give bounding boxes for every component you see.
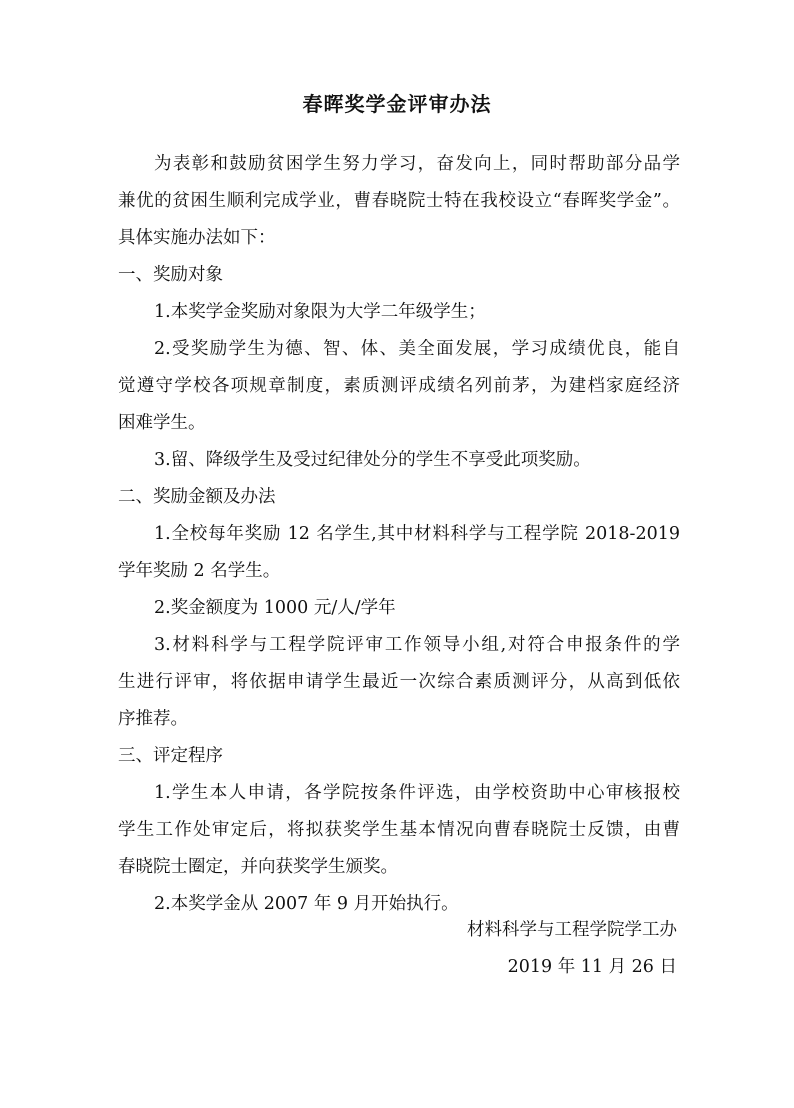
intro-line: 兼优的贫困生顺利完成学业，曹春晓院士特在我校设立“春晖奖学金”。 <box>118 183 680 220</box>
section-3-item-1-cont: 春晓院士圈定，并向获奖学生颁奖。 <box>118 849 680 886</box>
section-3-item-1: 1.学生本人申请，各学院按条件评选，由学校资助中心审核报校 <box>118 775 680 812</box>
section-2-item-3: 3.材料科学与工程学院评审工作领导小组,对符合申报条件的学 <box>118 627 680 664</box>
section-2-item-2: 2.奖金额度为 1000 元/人/学年 <box>118 590 680 627</box>
section-heading-2: 二、奖励金额及办法 <box>118 479 680 516</box>
document-title: 春晖奖学金评审办法 <box>0 88 794 117</box>
intro-line: 具体实施办法如下： <box>118 220 680 257</box>
intro-line: 为表彰和鼓励贫困学生努力学习，奋发向上，同时帮助部分品学 <box>118 146 680 183</box>
section-1-item-2-cont: 困难学生。 <box>118 405 680 442</box>
signature-office: 材料科学与工程学院学工办 <box>467 916 677 941</box>
section-2-item-1-cont: 学年奖励 2 名学生。 <box>118 553 680 590</box>
section-heading-1: 一、奖励对象 <box>118 257 680 294</box>
section-2-item-3-cont: 生进行评审，将依据申请学生最近一次综合素质测评分，从高到低依 <box>118 664 680 701</box>
section-2-item-1: 1.全校每年奖励 12 名学生,其中材料科学与工程学院 2018-2019 <box>118 516 680 553</box>
section-3-item-1-cont: 学生工作处审定后，将拟获奖学生基本情况向曹春晓院士反馈，由曹 <box>118 812 680 849</box>
section-1-item-1: 1.本奖学金奖励对象限为大学二年级学生； <box>118 294 680 331</box>
document-body: 为表彰和鼓励贫困学生努力学习，奋发向上，同时帮助部分品学 兼优的贫困生顺利完成学… <box>118 146 680 923</box>
section-heading-3: 三、评定程序 <box>118 738 680 775</box>
section-1-item-2-cont: 觉遵守学校各项规章制度，素质测评成绩名列前茅，为建档家庭经济 <box>118 368 680 405</box>
section-1-item-2: 2.受奖励学生为德、智、体、美全面发展，学习成绩优良，能自 <box>118 331 680 368</box>
signature-date: 2019 年 11 月 26 日 <box>508 953 677 978</box>
section-1-item-3: 3.留、降级学生及受过纪律处分的学生不享受此项奖励。 <box>118 442 680 479</box>
section-2-item-3-cont: 序推荐。 <box>118 701 680 738</box>
